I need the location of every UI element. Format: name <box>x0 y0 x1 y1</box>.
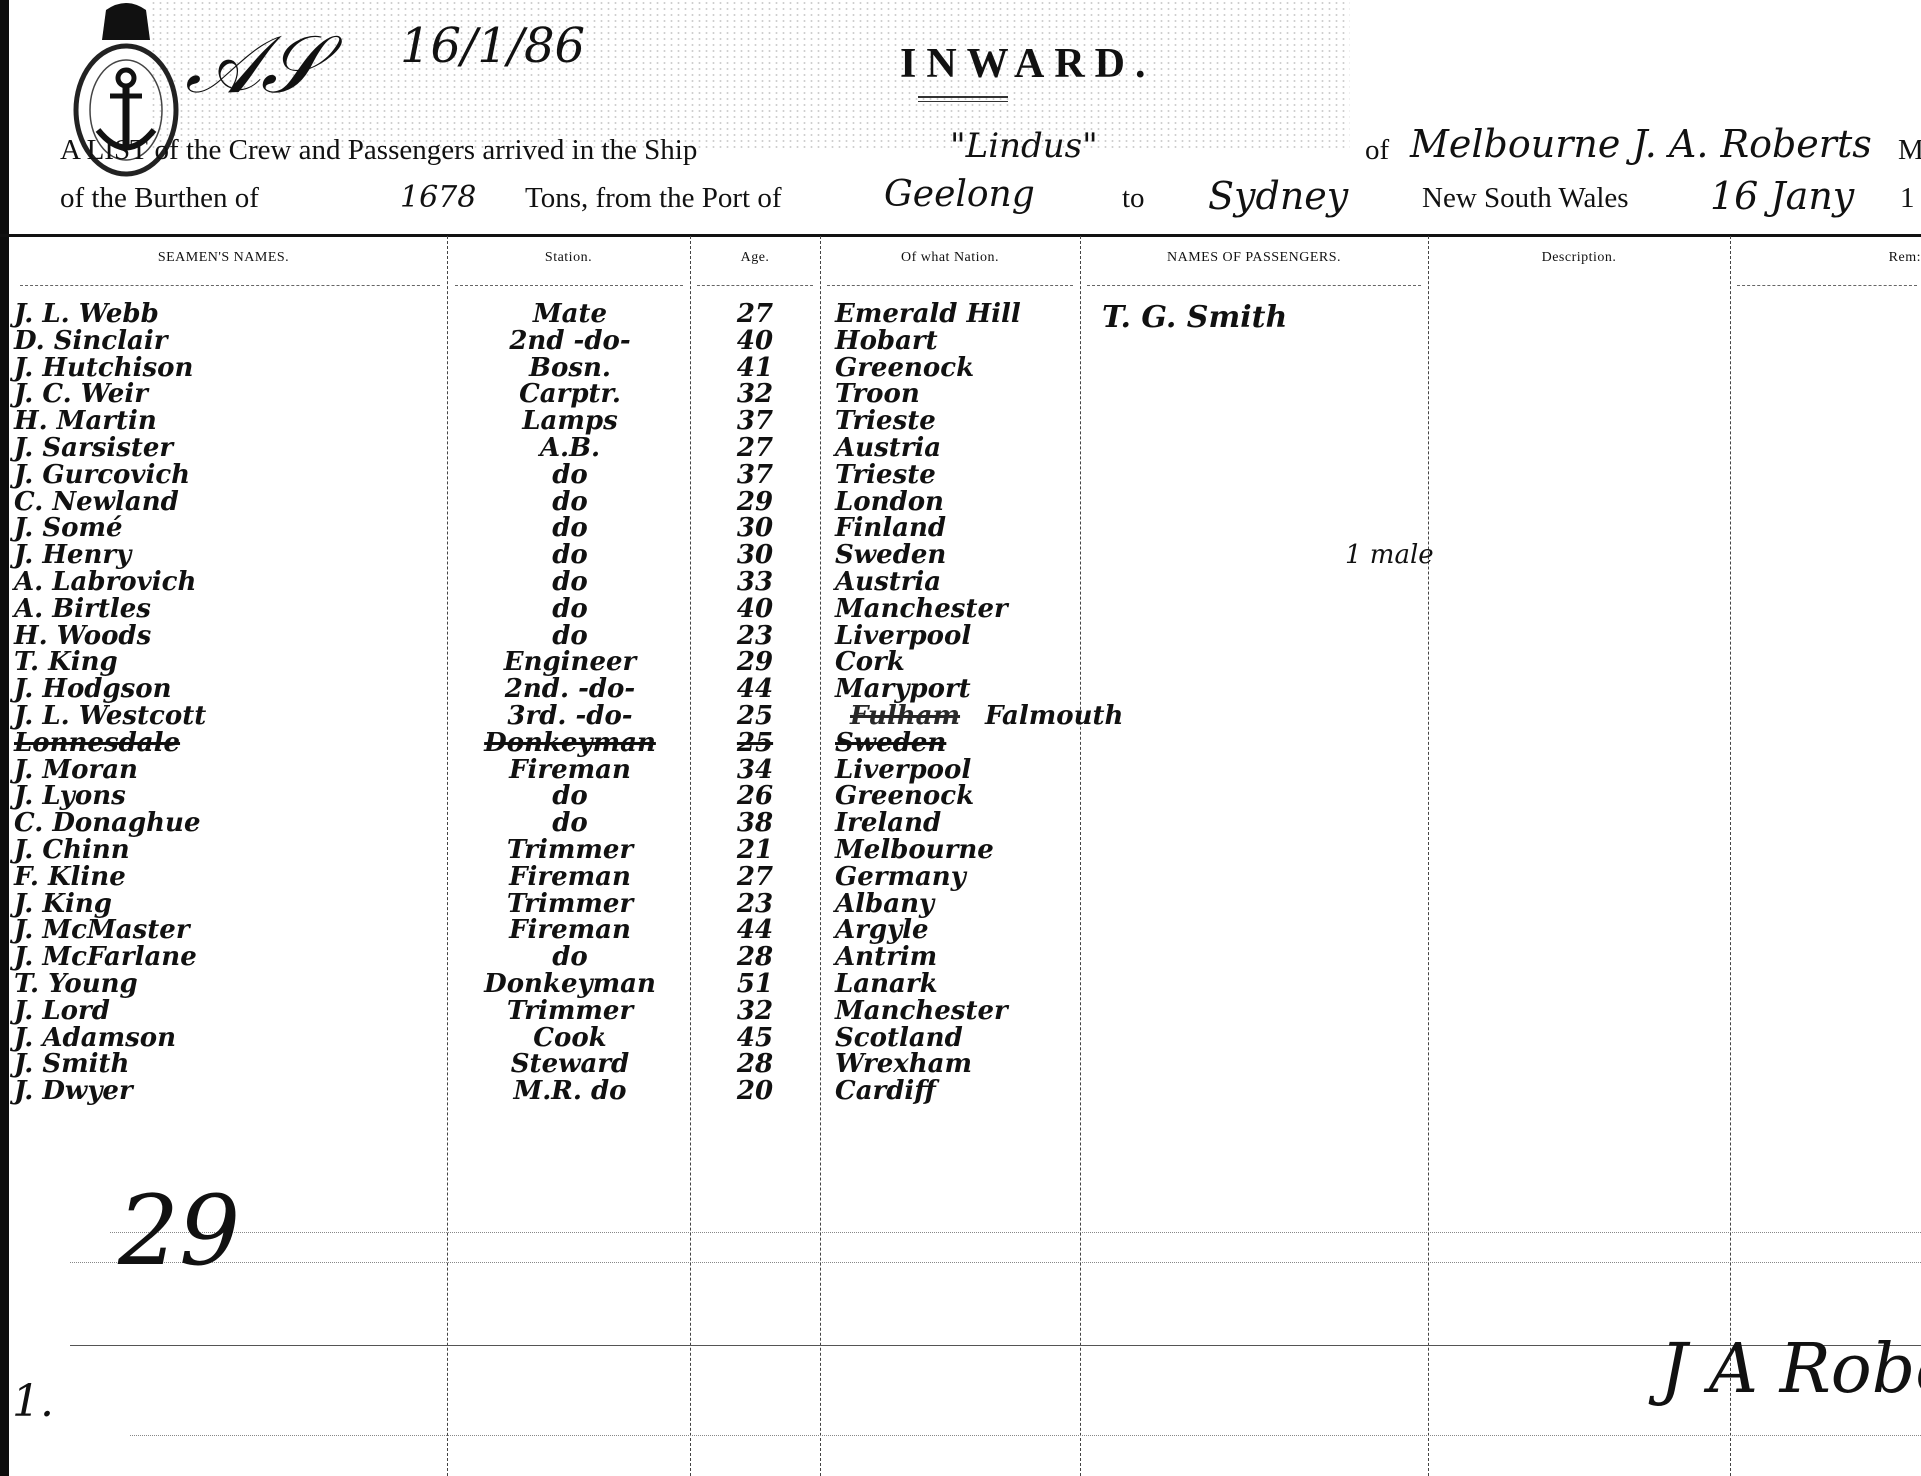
col-divider <box>1730 236 1731 1476</box>
crew-station: M.R. do <box>450 1077 690 1105</box>
crew-nation-struck: Fulham <box>850 702 960 730</box>
crew-age: 20 <box>690 1077 820 1105</box>
crew-nation: Liverpool <box>835 756 1095 784</box>
crew-name: C. Newland <box>14 488 444 516</box>
crew-name: J. Hutchison <box>14 354 444 382</box>
crew-age: 44 <box>690 916 820 944</box>
crew-station: Mate <box>450 300 690 328</box>
crew-station: Fireman <box>450 863 690 891</box>
crew-list-document: 𝒜𝒮 16/1/86 INWARD. A LIST of the Crew an… <box>0 0 1921 1476</box>
crew-age: 40 <box>690 327 820 355</box>
master-signature: J A Roberts <box>1660 1330 1921 1409</box>
crew-nation: London <box>835 488 1095 516</box>
crew-age: 29 <box>690 488 820 516</box>
crew-age: 28 <box>690 943 820 971</box>
crew-nation: Maryport <box>835 675 1095 703</box>
crew-station: Steward <box>450 1050 690 1078</box>
crew-name: J. L. Westcott <box>14 702 444 730</box>
crew-nation: Scotland <box>835 1024 1095 1052</box>
col-divider <box>820 236 821 1476</box>
crew-name: J. King <box>14 890 444 918</box>
crew-station: Carptr. <box>450 380 690 408</box>
header-rule <box>0 234 1921 237</box>
crew-name: J. C. Weir <box>14 380 444 408</box>
heading-rule <box>455 285 683 286</box>
crew-age: 29 <box>690 648 820 676</box>
crew-station: do <box>450 541 690 569</box>
crew-station: Cook <box>450 1024 690 1052</box>
crew-name: F. Kline <box>14 863 444 891</box>
crew-station: do <box>450 595 690 623</box>
crew-station: Trimmer <box>450 890 690 918</box>
crew-total-count: 29 <box>118 1175 240 1287</box>
crew-nation: Cardiff <box>835 1077 1095 1105</box>
crew-age: 32 <box>690 380 820 408</box>
crew-nation: Ireland <box>835 809 1095 837</box>
crew-station: Lamps <box>450 407 690 435</box>
header-line1-label: A LIST of the Crew and Passengers arrive… <box>60 134 697 167</box>
crew-station: do <box>450 809 690 837</box>
crew-age: 41 <box>690 354 820 382</box>
column-header-passengers: NAMES OF PASSENGERS. <box>1080 250 1428 266</box>
crew-nation: Troon <box>835 380 1095 408</box>
crew-name: J. L. Webb <box>14 300 444 328</box>
crew-nation: Argyle <box>835 916 1095 944</box>
crew-station: 2nd. -do- <box>450 675 690 703</box>
crew-station: do <box>450 568 690 596</box>
crew-age: 25 <box>690 729 820 757</box>
crew-nation: Austria <box>835 568 1095 596</box>
crew-name: A. Birtles <box>14 595 444 623</box>
crew-name: J. Lyons <box>14 782 444 810</box>
crew-nation: Greenock <box>835 354 1095 382</box>
crew-age: 34 <box>690 756 820 784</box>
crew-nation: Trieste <box>835 461 1095 489</box>
crew-station: Bosn. <box>450 354 690 382</box>
crew-nation: Austria <box>835 434 1095 462</box>
crew-name: H. Woods <box>14 622 444 650</box>
home-port-master: Melbourne J. A. Roberts <box>1410 122 1872 166</box>
crew-age: 23 <box>690 890 820 918</box>
crew-age: 26 <box>690 782 820 810</box>
column-header-nation: Of what Nation. <box>820 250 1080 266</box>
crew-name: J. McMaster <box>14 916 444 944</box>
ruled-line <box>130 1435 1921 1436</box>
title-underline <box>918 96 1008 102</box>
heading-rule <box>1087 285 1421 286</box>
column-header-station: Station. <box>447 250 690 266</box>
ship-name: "Lindus" <box>950 126 1098 166</box>
crew-name: J. Gurcovich <box>14 461 444 489</box>
crew-station: Fireman <box>450 916 690 944</box>
crew-nation: Melbourne <box>835 836 1095 864</box>
ruled-line <box>110 1232 1921 1233</box>
crew-station: Donkeyman <box>450 970 690 998</box>
crew-station: do <box>450 622 690 650</box>
header-m-label: M <box>1898 134 1921 167</box>
burthen-value: 1678 <box>400 180 476 215</box>
to-label: to <box>1122 182 1145 215</box>
crew-nation: Greenock <box>835 782 1095 810</box>
crew-name: T. King <box>14 648 444 676</box>
crew-age: 27 <box>690 434 820 462</box>
from-port: Geelong <box>884 174 1035 215</box>
crew-nation: Lanark <box>835 970 1095 998</box>
crew-age: 38 <box>690 809 820 837</box>
crew-nation: Emerald Hill <box>835 300 1095 328</box>
stamp-date: 16/1/86 <box>400 18 585 74</box>
crew-age: 37 <box>690 407 820 435</box>
crew-age: 30 <box>690 514 820 542</box>
crew-age: 44 <box>690 675 820 703</box>
crew-station: Trimmer <box>450 997 690 1025</box>
column-header-description: Description. <box>1428 250 1730 266</box>
column-header-age: Age. <box>690 250 820 266</box>
crew-nation: Albany <box>835 890 1095 918</box>
state-label: New South Wales <box>1422 182 1629 215</box>
arrival-date: 16 Jany <box>1710 174 1854 218</box>
crew-name: J. Lord <box>14 997 444 1025</box>
crew-nation: Antrim <box>835 943 1095 971</box>
crew-nation: Wrexham <box>835 1050 1095 1078</box>
heading-rule <box>20 285 440 286</box>
crew-name: J. Dwyer <box>14 1077 444 1105</box>
margin-mark: 1. <box>12 1376 54 1427</box>
scan-edge <box>0 0 9 1476</box>
crew-name: A. Labrovich <box>14 568 444 596</box>
crew-age: 28 <box>690 1050 820 1078</box>
crew-age: 21 <box>690 836 820 864</box>
col-divider <box>1428 236 1429 1476</box>
crew-station: 3rd. -do- <box>450 702 690 730</box>
crew-age: 40 <box>690 595 820 623</box>
crew-age: 25 <box>690 702 820 730</box>
crew-nation: Sweden <box>835 541 1095 569</box>
crew-nation: Cork <box>835 648 1095 676</box>
col-divider <box>447 236 448 1476</box>
crew-name: Lonnesdale <box>14 729 444 757</box>
crew-name: C. Donaghue <box>14 809 444 837</box>
passenger-count-note: 1 male <box>1345 540 1434 570</box>
heading-rule <box>1737 285 1917 286</box>
heading-rule <box>827 285 1073 286</box>
heading-rule <box>697 285 813 286</box>
column-header-remarks: Rem: <box>1730 250 1921 266</box>
crew-station: do <box>450 461 690 489</box>
crew-station: do <box>450 782 690 810</box>
crew-station: 2nd -do- <box>450 327 690 355</box>
crew-nation: Trieste <box>835 407 1095 435</box>
crew-age: 51 <box>690 970 820 998</box>
crew-nation: Manchester <box>835 997 1095 1025</box>
crew-station: do <box>450 488 690 516</box>
crew-age: 45 <box>690 1024 820 1052</box>
crew-station: Fireman <box>450 756 690 784</box>
crew-name: J. Henry <box>14 541 444 569</box>
crew-name: J. Hodgson <box>14 675 444 703</box>
crew-name: J. Somé <box>14 514 444 542</box>
crew-name: D. Sinclair <box>14 327 444 355</box>
crew-age: 27 <box>690 300 820 328</box>
crew-nation: Liverpool <box>835 622 1095 650</box>
crew-age: 37 <box>690 461 820 489</box>
burthen-label: of the Burthen of <box>60 182 259 215</box>
crew-station: Engineer <box>450 648 690 676</box>
crew-nation: Falmouth <box>985 702 1245 730</box>
crew-nation: Finland <box>835 514 1095 542</box>
crew-station: do <box>450 943 690 971</box>
crew-station: Trimmer <box>450 836 690 864</box>
to-port: Sydney <box>1208 174 1348 218</box>
crew-name: J. McFarlane <box>14 943 444 971</box>
crew-nation: Hobart <box>835 327 1095 355</box>
header-of-label: of <box>1365 134 1389 167</box>
crew-age: 30 <box>690 541 820 569</box>
crew-station: A.B. <box>450 434 690 462</box>
crew-station: do <box>450 514 690 542</box>
crew-age: 27 <box>690 863 820 891</box>
crew-nation: Manchester <box>835 595 1095 623</box>
crew-name: T. Young <box>14 970 444 998</box>
crew-age: 23 <box>690 622 820 650</box>
passenger-name: T. G. Smith <box>1102 300 1287 335</box>
crew-name: J. Smith <box>14 1050 444 1078</box>
crew-age: 32 <box>690 997 820 1025</box>
crew-nation: Germany <box>835 863 1095 891</box>
crew-name: J. Moran <box>14 756 444 784</box>
crew-station: Donkeyman <box>450 729 690 757</box>
crew-nation: Sweden <box>835 729 1095 757</box>
crew-age: 33 <box>690 568 820 596</box>
crew-name: J. Sarsister <box>14 434 444 462</box>
ruled-line <box>70 1262 1921 1263</box>
ruled-line <box>70 1345 1921 1346</box>
column-header-seamen-names: SEAMEN'S NAMES. <box>0 250 447 266</box>
page-title: INWARD. <box>900 40 1156 88</box>
scan-noise <box>150 0 1350 150</box>
tons-from-port-label: Tons, from the Port of <box>525 182 782 215</box>
crew-name: H. Martin <box>14 407 444 435</box>
year-fragment: 1 <box>1900 182 1915 215</box>
crew-name: J. Adamson <box>14 1024 444 1052</box>
initials-scribble: 𝒜𝒮 <box>185 18 323 112</box>
crew-name: J. Chinn <box>14 836 444 864</box>
